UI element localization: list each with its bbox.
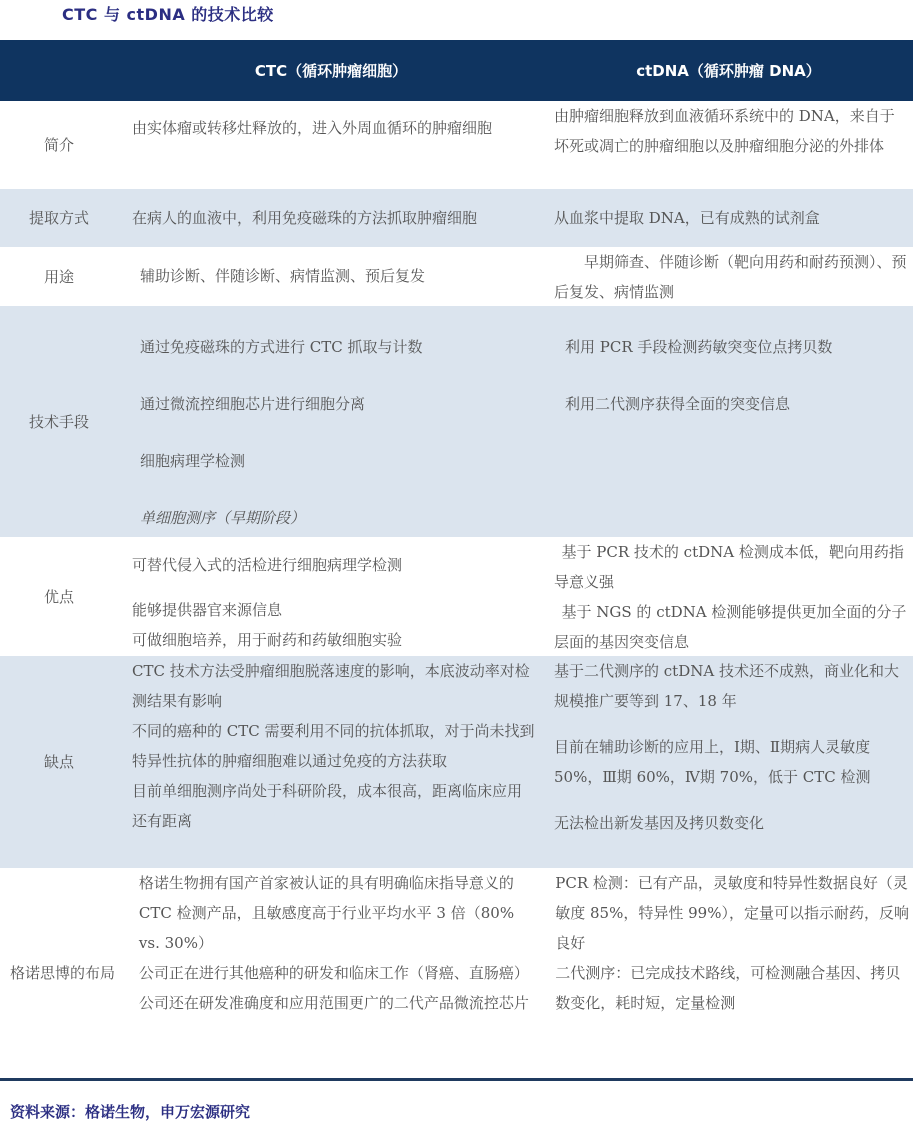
header-ctc: CTC（循环肿瘤细胞） bbox=[118, 40, 544, 101]
ctc-cell: 辅助诊断、伴随诊断、病情监测、预后复发 bbox=[118, 247, 544, 306]
source-note: 资料来源：格诺生物，申万宏源研究 bbox=[10, 1101, 250, 1122]
table-row: 缺点 CTC 技术方法受肿瘤细胞脱落速度的影响，本底波动率对检测结果有影响 不同… bbox=[0, 656, 913, 868]
header-empty bbox=[0, 40, 118, 101]
cell-text: 辅助诊断、伴随诊断、病情监测、预后复发 bbox=[140, 261, 536, 291]
row-label: 技术手段 bbox=[0, 306, 118, 537]
row-label: 优点 bbox=[0, 537, 118, 656]
table-title: CTC 与 ctDNA 的技术比较 bbox=[62, 2, 274, 25]
cell-text: 不同的癌种的 CTC 需要利用不同的抗体抓取，对于尚未找到特异性抗体的肿瘤细胞难… bbox=[132, 716, 536, 776]
ctc-cell: 由实体瘤或转移灶释放的，进入外周血循环的肿瘤细胞 bbox=[118, 101, 544, 189]
cell-text: 由肿瘤细胞释放到血液循环系统中的 DNA，来自于坏死或凋亡的肿瘤细胞以及肿瘤细胞… bbox=[554, 101, 909, 161]
cell-text: 通过微流控细胞芯片进行细胞分离 bbox=[140, 376, 536, 433]
row-label: 简介 bbox=[0, 101, 118, 189]
ctdna-cell: 基于 PCR 技术的 ctDNA 检测成本低，靶向用药指导意义强 基于 NGS … bbox=[544, 537, 913, 656]
cell-text: 基于 PCR 技术的 ctDNA 检测成本低，靶向用药指导意义强 bbox=[554, 537, 909, 597]
cell-text: 格诺生物拥有国产首家被认证的具有明确临床指导意义的 CTC 检测产品，且敏感度高… bbox=[139, 868, 539, 958]
cell-text: 可做细胞培养，用于耐药和药敏细胞实验 bbox=[132, 625, 536, 655]
cell-text: 可替代侵入式的活检进行细胞病理学检测 bbox=[132, 550, 536, 580]
cell-text: 由实体瘤或转移灶释放的，进入外周血循环的肿瘤细胞 bbox=[132, 113, 536, 143]
ctdna-cell: 利用 PCR 手段检测药敏突变位点拷贝数 利用二代测序获得全面的突变信息 bbox=[544, 306, 913, 537]
cell-text: 在病人的血液中，利用免疫磁珠的方法抓取肿瘤细胞 bbox=[132, 203, 536, 233]
comparison-table: CTC（循环肿瘤细胞） ctDNA（循环肿瘤 DNA） 简介 由实体瘤或转移灶释… bbox=[0, 40, 913, 1078]
header-ctdna: ctDNA（循环肿瘤 DNA） bbox=[544, 40, 913, 101]
table-bottom-rule bbox=[0, 1078, 913, 1081]
cell-text: 公司还在研发准确度和应用范围更广的二代产品微流控芯片 bbox=[139, 988, 539, 1018]
ctc-cell: 格诺生物拥有国产首家被认证的具有明确临床指导意义的 CTC 检测产品，且敏感度高… bbox=[125, 868, 547, 1078]
ctdna-cell: 从血浆中提取 DNA，已有成熟的试剂盒 bbox=[544, 203, 913, 233]
cell-text: 基于 NGS 的 ctDNA 检测能够提供更加全面的分子层面的基因突变信息 bbox=[554, 597, 909, 657]
row-label: 提取方式 bbox=[0, 203, 118, 233]
cell-text: CTC 技术方法受肿瘤细胞脱落速度的影响，本底波动率对检测结果有影响 bbox=[132, 656, 536, 716]
ctc-cell: 在病人的血液中，利用免疫磁珠的方法抓取肿瘤细胞 bbox=[118, 203, 544, 233]
cell-text: 目前单细胞测序尚处于科研阶段，成本很高，距离临床应用还有距离 bbox=[132, 776, 536, 836]
ctdna-cell: PCR 检测：已有产品，灵敏度和特异性数据良好（灵敏度 85%，特异性 99%）… bbox=[547, 868, 913, 1078]
row-label: 格诺思博的布局 bbox=[0, 868, 125, 1078]
cell-text: 利用二代测序获得全面的突变信息 bbox=[565, 376, 909, 433]
cell-text: 通过免疫磁珠的方式进行 CTC 抓取与计数 bbox=[140, 319, 536, 376]
cell-text: 基于二代测序的 ctDNA 技术还不成熟，商业化和大规模推广要等到 17、18 … bbox=[554, 656, 909, 716]
table-row: 格诺思博的布局 格诺生物拥有国产首家被认证的具有明确临床指导意义的 CTC 检测… bbox=[0, 868, 913, 1078]
ctc-cell: 通过免疫磁珠的方式进行 CTC 抓取与计数 通过微流控细胞芯片进行细胞分离 细胞… bbox=[118, 306, 544, 537]
cell-text: 细胞病理学检测 bbox=[140, 433, 536, 490]
ctdna-cell: 基于二代测序的 ctDNA 技术还不成熟，商业化和大规模推广要等到 17、18 … bbox=[544, 656, 913, 868]
table-row: 提取方式 在病人的血液中，利用免疫磁珠的方法抓取肿瘤细胞 从血浆中提取 DNA，… bbox=[0, 189, 913, 247]
table-row: 优点 可替代侵入式的活检进行细胞病理学检测 能够提供器官来源信息 可做细胞培养，… bbox=[0, 537, 913, 656]
ctc-cell: CTC 技术方法受肿瘤细胞脱落速度的影响，本底波动率对检测结果有影响 不同的癌种… bbox=[118, 656, 544, 868]
table-row: 技术手段 通过免疫磁珠的方式进行 CTC 抓取与计数 通过微流控细胞芯片进行细胞… bbox=[0, 306, 913, 537]
cell-text: 从血浆中提取 DNA，已有成熟的试剂盒 bbox=[554, 203, 909, 233]
cell-text: 二代测序：已完成技术路线，可检测融合基因、拷贝数变化，耗时短，定量检测 bbox=[555, 958, 909, 1018]
cell-text: 无法检出新发基因及拷贝数变化 bbox=[554, 808, 909, 838]
cell-text: 早期筛查、伴随诊断（靶向用药和耐药预测）、预后复发、病情监测 bbox=[554, 247, 909, 307]
cell-text: PCR 检测：已有产品，灵敏度和特异性数据良好（灵敏度 85%，特异性 99%）… bbox=[555, 868, 909, 958]
cell-text: 公司正在进行其他癌种的研发和临床工作（肾癌、直肠癌） bbox=[139, 958, 539, 988]
row-label: 用途 bbox=[0, 247, 118, 306]
table-row: 用途 辅助诊断、伴随诊断、病情监测、预后复发 早期筛查、伴随诊断（靶向用药和耐药… bbox=[0, 247, 913, 306]
table-row: 简介 由实体瘤或转移灶释放的，进入外周血循环的肿瘤细胞 由肿瘤细胞释放到血液循环… bbox=[0, 101, 913, 189]
ctc-cell: 可替代侵入式的活检进行细胞病理学检测 能够提供器官来源信息 可做细胞培养，用于耐… bbox=[118, 537, 544, 656]
cell-text: 能够提供器官来源信息 bbox=[132, 595, 536, 625]
cell-text: 利用 PCR 手段检测药敏突变位点拷贝数 bbox=[565, 319, 909, 376]
row-label: 缺点 bbox=[0, 656, 118, 868]
ctdna-cell: 由肿瘤细胞释放到血液循环系统中的 DNA，来自于坏死或凋亡的肿瘤细胞以及肿瘤细胞… bbox=[544, 101, 913, 189]
ctdna-cell: 早期筛查、伴随诊断（靶向用药和耐药预测）、预后复发、病情监测 bbox=[544, 247, 913, 306]
cell-text: 目前在辅助诊断的应用上，Ⅰ期、Ⅱ期病人灵敏度 50%，Ⅲ期 60%，Ⅳ期 70%… bbox=[554, 732, 909, 792]
table-header: CTC（循环肿瘤细胞） ctDNA（循环肿瘤 DNA） bbox=[0, 40, 913, 101]
